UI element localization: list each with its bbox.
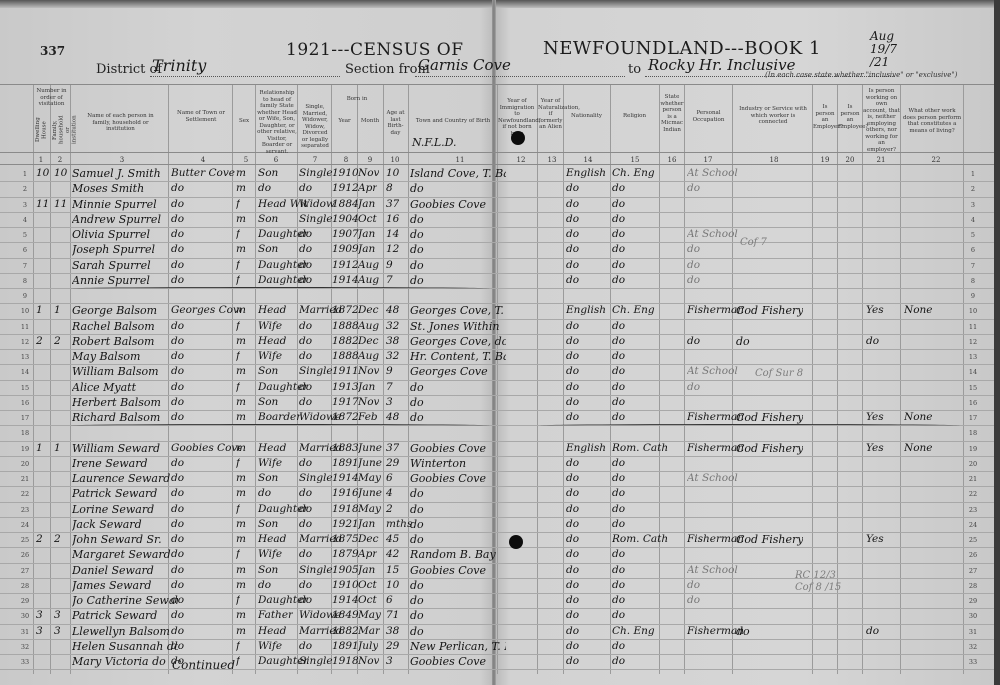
cell-birthplace: Goobies Cove (410, 655, 486, 668)
cell-dwelling: 2 (36, 335, 43, 347)
cell-relation: Son (258, 564, 278, 576)
cell-town: do (171, 579, 184, 591)
cell-town: do (171, 259, 184, 271)
cell-birthplace: Island Cove, T. Bay (410, 167, 506, 180)
cell-status: do (299, 350, 312, 362)
line-number: 16 (18, 399, 32, 407)
line-number: 7 (18, 262, 32, 270)
cell-town: do (171, 548, 184, 560)
cell-month: Jan (358, 564, 375, 576)
cell-year: 1888 (332, 320, 359, 332)
line-number-right: 22 (966, 490, 980, 498)
cell-nationality: do (566, 579, 579, 591)
cell-birthplace: do (410, 213, 424, 226)
punch-hole (511, 131, 525, 145)
cell-nationality: do (566, 503, 579, 515)
colnum-4: 4 (193, 156, 213, 164)
cell-occupation: do (687, 243, 700, 255)
cell-month: Jan (358, 198, 375, 210)
cell-month: Oct (358, 594, 377, 606)
cell-occupation: At School (687, 228, 738, 240)
cell-town: do (171, 198, 184, 210)
cell-sex: m (236, 365, 246, 377)
cell-age: 29 (386, 640, 399, 652)
cell-sex: m (236, 518, 246, 530)
cell-age: 42 (386, 548, 399, 560)
line-number-right: 31 (966, 628, 980, 636)
cell-status: do (299, 228, 312, 240)
cell-age: 32 (386, 320, 399, 332)
cell-occupation: do (687, 182, 700, 194)
cell-year: 1883 (332, 442, 359, 454)
cell-relation: Wife (258, 457, 282, 469)
header-col-20: Is person an Employee? (838, 104, 862, 130)
cell-name: Llewellyn Balsom (72, 625, 170, 638)
cell-name: William Balsom (72, 365, 159, 378)
cell-sex: f (236, 274, 240, 286)
cell-sex: m (236, 243, 246, 255)
line-number-right: 13 (966, 353, 980, 361)
cell-year: 1914 (332, 472, 359, 484)
cell-occupation: At School (687, 564, 738, 576)
cell-relation: Father (258, 609, 293, 621)
line-number-right: 1 (966, 170, 980, 178)
cell-sex: f (236, 350, 240, 362)
cell-nationality: do (566, 198, 579, 210)
line-number-right: 21 (966, 475, 980, 483)
cell-age: 3 (386, 655, 393, 667)
line-number-right: 24 (966, 521, 980, 529)
line-number-right: 14 (966, 368, 980, 376)
line-number-right: 6 (966, 246, 980, 254)
cell-occupation: do (687, 594, 700, 606)
cell-relation: Wife (258, 640, 282, 652)
cell-birthplace: do (410, 243, 424, 256)
cell-dwelling: 11 (36, 198, 49, 210)
cell-name: Sarah Spurrel (72, 259, 151, 272)
cell-religion: do (612, 472, 625, 484)
cell-birthplace: do (410, 625, 424, 638)
cell-name: Helen Susannah do (72, 640, 178, 653)
cell-month: Aug (358, 350, 379, 362)
cell-sex: m (236, 304, 246, 316)
cell-nationality: do (566, 365, 579, 377)
cell-status: do (299, 320, 312, 332)
cell-religion: do (612, 320, 625, 332)
cell-town: do (171, 411, 184, 423)
colnum-19: 19 (815, 156, 835, 164)
cell-status: do (299, 243, 312, 255)
colnum-16: 16 (662, 156, 682, 164)
cell-age: 9 (386, 259, 393, 271)
line-number: 15 (18, 384, 32, 392)
cell-occupation: do (687, 259, 700, 271)
cell-sex: m (236, 579, 246, 591)
cell-town: do (171, 335, 184, 347)
line-number: 2 (18, 185, 32, 193)
cell-town: do (171, 640, 184, 652)
header-col-22: What other work does person perform that… (902, 108, 962, 134)
cell-age: 37 (386, 198, 399, 210)
cell-religion: do (612, 259, 625, 271)
cell-family: 3 (54, 625, 61, 637)
cell-status: do (299, 503, 312, 515)
cell-nationality: do (566, 625, 579, 637)
page-right-edge (994, 0, 1000, 685)
cell-age: 8 (386, 182, 393, 194)
header-col-6: Relationship to head of family State whe… (257, 90, 297, 155)
cell-religion: do (612, 503, 625, 515)
line-number-right: 4 (966, 216, 980, 224)
row-rule (0, 456, 994, 457)
cell-birthplace: Goobies Cove (410, 198, 486, 211)
cell-month: Jan (358, 228, 375, 240)
cell-religion: do (612, 579, 625, 591)
cell-month: Nov (358, 167, 379, 179)
cell-relation: Son (258, 243, 278, 255)
cell-sex: f (236, 198, 240, 210)
cell-industry: do (736, 625, 750, 638)
cell-status: do (299, 274, 312, 286)
cell-nationality: do (566, 564, 579, 576)
cell-nationality: do (566, 182, 579, 194)
cell-sex: m (236, 564, 246, 576)
cell-nationality: do (566, 487, 579, 499)
cell-industry: Cod Fishery (736, 411, 803, 424)
cell-year: 1913 (332, 381, 359, 393)
cell-town: do (171, 213, 184, 225)
header-col-5: Sex (234, 118, 254, 125)
cell-relation: Head (258, 533, 286, 545)
cell-religion: do (612, 182, 625, 194)
cell-year: 1921 (332, 518, 359, 530)
cell-name: Samuel J. Smith (72, 167, 161, 180)
cell-town: do (171, 243, 184, 255)
line-number: 30 (18, 612, 32, 620)
cell-month: May (358, 609, 381, 621)
cell-month: Aug (358, 320, 379, 332)
header-col-10: Age at last Birth-day (384, 110, 407, 136)
cell-sex: f (236, 503, 240, 515)
cell-month: Dec (358, 335, 379, 347)
line-number: 25 (18, 536, 32, 544)
cell-nationality: English (566, 304, 606, 316)
cell-occupation: Fisherman (687, 411, 743, 423)
header-col-7: Single, Married, Widower, Widow, Divorce… (300, 104, 330, 150)
header-visitation: Number in order of visitation (33, 88, 70, 108)
cell-relation: Head (258, 442, 286, 454)
cell-birthplace: Random B. Bay (410, 548, 496, 561)
colnum-3: 3 (112, 156, 132, 164)
family-separator (540, 424, 960, 427)
line-number: 9 (18, 292, 32, 300)
line-number-right: 28 (966, 582, 980, 590)
cell-occupation: At School (687, 472, 738, 484)
cell-year: 1918 (332, 503, 359, 515)
cell-industry: do (736, 335, 750, 348)
cell-month: Apr (358, 548, 377, 560)
cell-name: John Seward Sr. (72, 533, 162, 546)
line-number-right: 9 (966, 292, 980, 300)
cell-nationality: do (566, 335, 579, 347)
cell-status: Single (299, 213, 333, 225)
colnum-14: 14 (578, 156, 598, 164)
line-number-right: 19 (966, 445, 980, 453)
cell-nationality: do (566, 213, 579, 225)
cell-age: 45 (386, 533, 399, 545)
header-col-11: Town and Country of Birth (412, 118, 494, 125)
cell-town: do (171, 533, 184, 545)
cell-name: Andrew Spurrel (72, 213, 161, 226)
cell-relation: Boarder (258, 411, 301, 423)
cell-industry: Cod Fishery (736, 304, 803, 317)
cell-month: Aug (358, 259, 379, 271)
cell-nationality: do (566, 228, 579, 240)
cell-occupation: do (687, 579, 700, 591)
cell-town: do (171, 487, 184, 499)
cell-dwelling: 10 (36, 167, 49, 179)
cell-sex: m (236, 487, 246, 499)
pencil-note-2: Cof Sur 8 (755, 368, 803, 379)
colnum-20: 20 (840, 156, 860, 164)
cell-relation: Son (258, 365, 278, 377)
header-col-1: Dwelling House (35, 112, 49, 148)
cell-year: 1911 (332, 365, 359, 377)
colnum-9: 9 (360, 156, 380, 164)
cell-relation: Head (258, 304, 286, 316)
cell-name: Annie Spurrel (72, 274, 150, 287)
cell-religion: do (612, 381, 625, 393)
cell-relation: Wife (258, 350, 282, 362)
cell-status: do (299, 548, 312, 560)
header-col-19: Is person an Employer? (813, 104, 837, 130)
cell-nationality: do (566, 274, 579, 286)
header-col-14: Nationality (563, 113, 610, 120)
cell-other-work: None (904, 411, 933, 423)
pencil-note-3: RC 12/3 Cof 8 /15 (795, 570, 855, 594)
cell-religion: do (612, 609, 625, 621)
cell-religion: do (612, 335, 625, 347)
cell-status: do (299, 457, 312, 469)
line-number-right: 17 (966, 414, 980, 422)
colnum-10: 10 (385, 156, 405, 164)
line-number-right: 20 (966, 460, 980, 468)
cell-age: mths (386, 518, 412, 530)
cell-town: do (171, 396, 184, 408)
cell-nationality: do (566, 609, 579, 621)
line-number: 24 (18, 521, 32, 529)
cell-birthplace: Goobies Cove (410, 564, 486, 577)
cell-name: Margaret Seward (72, 548, 171, 561)
cell-age: 10 (386, 167, 399, 179)
line-number: 8 (18, 277, 32, 285)
cell-town: do (171, 609, 184, 621)
cell-age: 37 (386, 442, 399, 454)
cell-name: Patrick Seward (72, 609, 157, 622)
cell-name: Mary Victoria do (72, 655, 166, 668)
cell-nationality: do (566, 411, 579, 423)
cell-religion: do (612, 548, 625, 560)
cell-year: 1909 (332, 243, 359, 255)
cell-age: 29 (386, 457, 399, 469)
cell-occupation: Fisherman (687, 625, 743, 637)
line-number: 31 (18, 628, 32, 636)
cell-name: Laurence Seward (72, 472, 170, 485)
cell-religion: Ch. Eng (612, 625, 655, 637)
cell-month: Dec (358, 304, 379, 316)
line-number-right: 27 (966, 567, 980, 575)
cell-month: May (358, 503, 381, 515)
cell-age: 6 (386, 472, 393, 484)
line-number-right: 11 (966, 323, 980, 331)
cell-religion: do (612, 594, 625, 606)
line-number: 13 (18, 353, 32, 361)
cell-dwelling: 3 (36, 625, 43, 637)
cell-name: Olivia Spurrel (72, 228, 150, 241)
inclusive-note: (In each case state whether "inclusive" … (765, 71, 957, 79)
cell-name: Jack Seward (72, 518, 142, 531)
cell-birthplace: do (410, 411, 424, 424)
line-number-right: 2 (966, 185, 980, 193)
cell-year: 1912 (332, 259, 359, 271)
cell-name: Herbert Balsom (72, 396, 161, 409)
cell-year: 1879 (332, 548, 359, 560)
cell-age: 16 (386, 213, 399, 225)
cell-religion: do (612, 564, 625, 576)
cell-name: Patrick Seward (72, 487, 157, 500)
punch-hole (509, 535, 523, 549)
cell-town: do (171, 182, 184, 194)
colnum-22: 22 (926, 156, 946, 164)
cell-relation: Head (258, 625, 286, 637)
colnum-17: 17 (698, 156, 718, 164)
cell-status: do (299, 182, 312, 194)
row-rule (0, 181, 994, 182)
cell-relation: Head (258, 335, 286, 347)
cell-status: do (299, 518, 312, 530)
cell-name: Moses Smith (72, 182, 144, 195)
cell-name: Joseph Spurrel (72, 243, 155, 256)
cell-age: 15 (386, 564, 399, 576)
cell-town: Goobies Cove (171, 442, 241, 454)
cell-month: Nov (358, 655, 379, 667)
colnum-7: 7 (305, 156, 325, 164)
line-number: 3 (18, 201, 32, 209)
cell-relation: do (258, 487, 271, 499)
to-label: to (628, 62, 641, 77)
cell-sex: f (236, 457, 240, 469)
cell-town: do (171, 320, 184, 332)
line-number: 12 (18, 338, 32, 346)
cell-dwelling: 1 (36, 442, 43, 454)
cell-other-work: None (904, 304, 933, 316)
cell-nationality: do (566, 472, 579, 484)
cell-religion: do (612, 457, 625, 469)
line-number-right: 3 (966, 201, 980, 209)
cell-name: Minnie Spurrel (72, 198, 157, 211)
cell-month: Nov (358, 396, 379, 408)
cell-year: 1882 (332, 335, 359, 347)
header-top-rule (0, 84, 994, 85)
cell-town: Butter Cove (171, 167, 235, 179)
line-number-right: 30 (966, 612, 980, 620)
cell-name: Richard Balsom (72, 411, 160, 424)
cell-relation: Son (258, 472, 278, 484)
cell-age: 3 (386, 396, 393, 408)
cell-month: Jan (358, 243, 375, 255)
row-rule (0, 517, 994, 518)
cell-family: 11 (54, 198, 67, 210)
cell-year: 1872 (332, 411, 359, 423)
cell-town: do (171, 457, 184, 469)
cell-sex: m (236, 213, 246, 225)
cell-birthplace: do (410, 381, 424, 394)
cell-birthplace: do (410, 579, 424, 592)
line-number-right: 23 (966, 506, 980, 514)
cell-year: 1916 (332, 487, 359, 499)
cell-dwelling: 3 (36, 609, 43, 621)
cell-age: 71 (386, 609, 399, 621)
cell-name: May Balsom (72, 350, 140, 363)
header-col-2: Family, household or institution (52, 112, 68, 148)
cell-relation: Son (258, 396, 278, 408)
cell-sex: f (236, 381, 240, 393)
cell-year: 1884 (332, 198, 359, 210)
cell-status: do (299, 594, 312, 606)
cell-relation: Wife (258, 320, 282, 332)
cell-status: do (299, 335, 312, 347)
colnum-11: 11 (450, 156, 470, 164)
cell-sex: m (236, 533, 246, 545)
cell-religion: do (612, 396, 625, 408)
cell-year: 1912 (332, 182, 359, 194)
cell-month: Nov (358, 365, 379, 377)
cell-birthplace: Georges Cove (410, 365, 488, 378)
cell-age: 7 (386, 381, 393, 393)
cell-year: 1891 (332, 457, 359, 469)
cell-name: James Seward (72, 579, 151, 592)
cell-occupation: Fisherman (687, 442, 743, 454)
cell-occupation: Fisherman (687, 304, 743, 316)
cell-nationality: do (566, 320, 579, 332)
cell-month: Oct (358, 213, 377, 225)
cell-name: Robert Balsom (72, 335, 155, 348)
cell-year: 1914 (332, 274, 359, 286)
header-col-15: Religion (610, 113, 659, 120)
cell-month: Jan (358, 381, 375, 393)
family-separator (70, 424, 490, 427)
cell-birthplace: do (410, 396, 424, 409)
cell-town: do (171, 564, 184, 576)
cell-sex: f (236, 548, 240, 560)
cell-year: 1872 (332, 304, 359, 316)
cell-status: do (299, 259, 312, 271)
cell-birthplace: do (410, 609, 424, 622)
cell-name: Alice Myatt (72, 381, 136, 394)
pencil-note-1: Cof 7 (740, 237, 767, 248)
cell-family: 10 (54, 167, 67, 179)
cell-name: Lorine Seward (72, 503, 154, 516)
cell-age: 4 (386, 487, 393, 499)
cell-age: 48 (386, 304, 399, 316)
header-col-9: Month (357, 118, 383, 125)
cell-religion: do (612, 655, 625, 667)
cell-nationality: do (566, 640, 579, 652)
cell-religion: Rom. Cath. (612, 442, 668, 454)
line-number: 5 (18, 231, 32, 239)
colnum-5: 5 (236, 156, 256, 164)
cell-age: 14 (386, 228, 399, 240)
